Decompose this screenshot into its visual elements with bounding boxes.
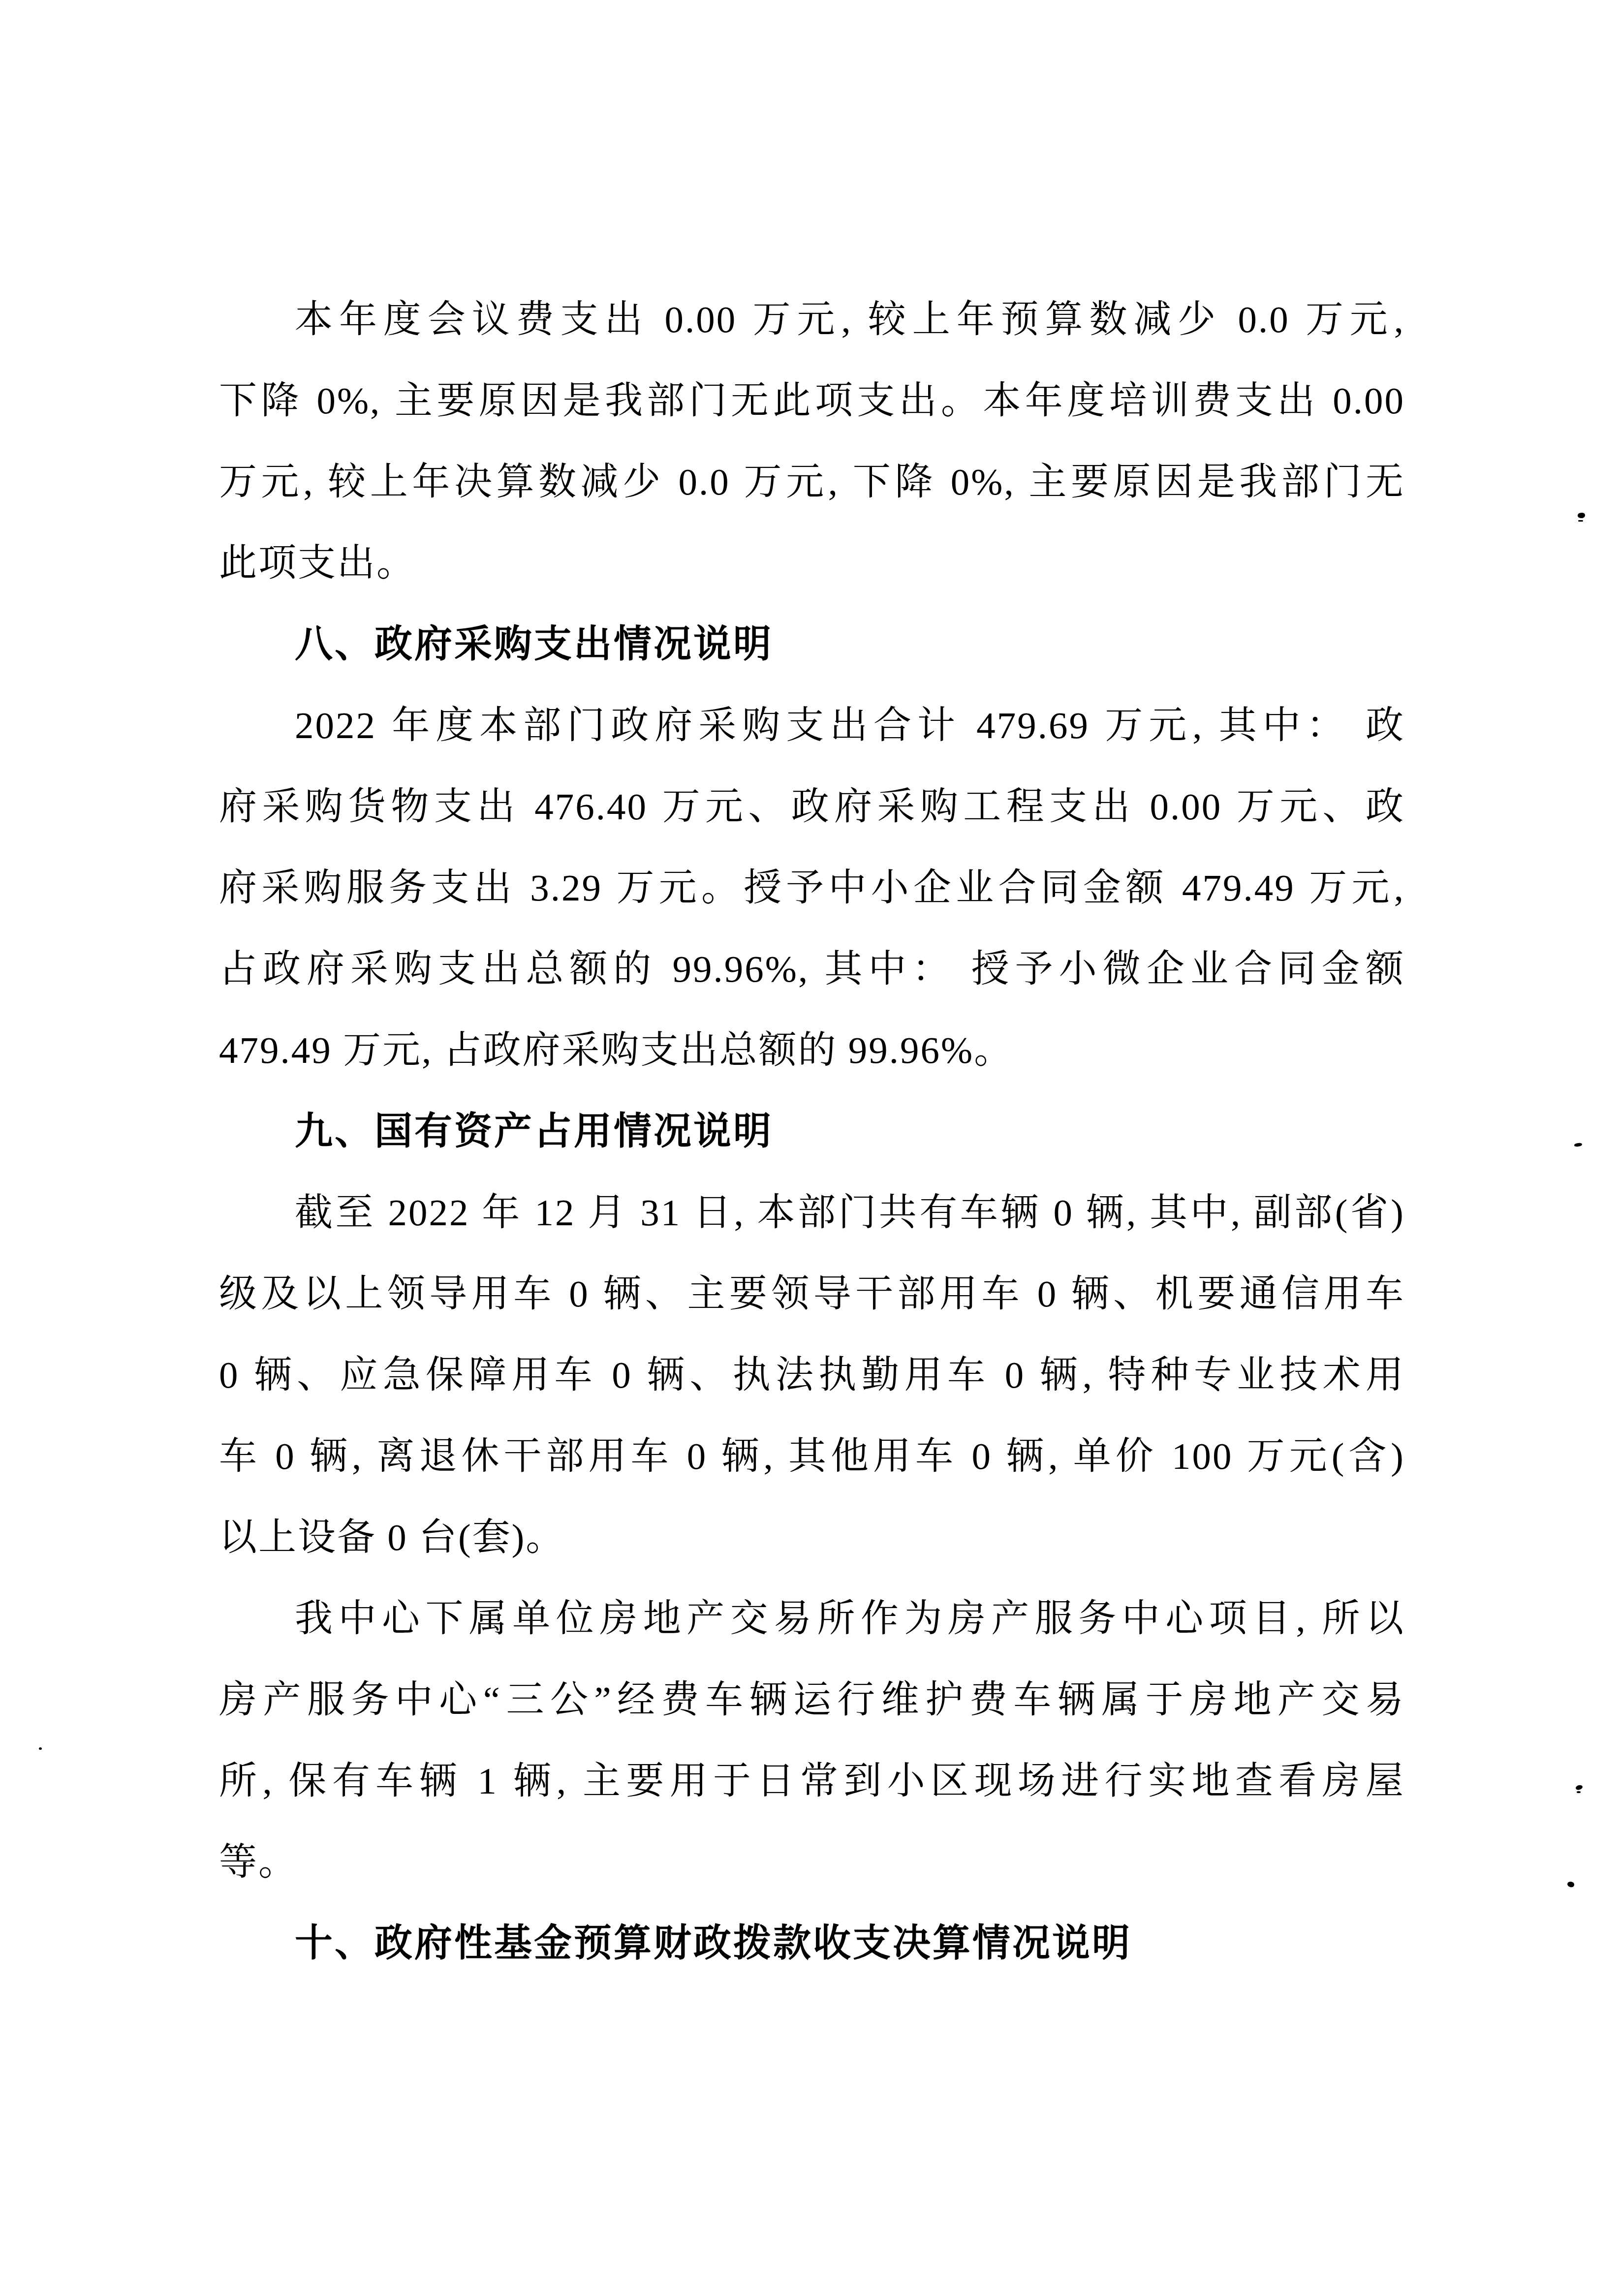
text-line: 2022 年度本部门政府采购支出合计 479.69 万元, 其中： 政 (219, 685, 1405, 766)
ink-speck (1567, 1881, 1575, 1888)
text-line: 房产服务中心“三公”经费车辆运行维护费车辆属于房地产交易 (219, 1659, 1405, 1740)
text-line: 占政府采购支出总额的 99.96%, 其中： 授予小微企业合同金额 (219, 929, 1405, 1010)
section-heading-8: 八、政府采购支出情况说明 (219, 604, 1405, 685)
text-line: 车 0 辆, 离退休干部用车 0 辆, 其他用车 0 辆, 单价 100 万元(… (219, 1416, 1405, 1497)
document-text: 本年度会议费支出 0.00 万元, 较上年预算数减少 0.0 万元, 下降 0%… (219, 279, 1405, 1984)
text-line: 我中心下属单位房地产交易所作为房产服务中心项目, 所以 (219, 1578, 1405, 1659)
text-line: 下降 0%, 主要原因是我部门无此项支出。本年度培训费支出 0.00 (219, 360, 1405, 441)
text-line: 479.49 万元, 占政府采购支出总额的 99.96%。 (219, 1010, 1405, 1091)
ink-speck (1578, 520, 1583, 522)
text-line: 府采购服务支出 3.29 万元。授予中小企业合同金额 479.49 万元, (219, 847, 1405, 929)
section-heading-10: 十、政府性基金预算财政拨款收支决算情况说明 (219, 1903, 1405, 1984)
text-line: 所, 保有车辆 1 辆, 主要用于日常到小区现场进行实地查看房屋 (219, 1740, 1405, 1822)
document-page: 本年度会议费支出 0.00 万元, 较上年预算数减少 0.0 万元, 下降 0%… (0, 0, 1619, 2296)
text-line: 级及以上领导用车 0 辆、主要领导干部用车 0 辆、机要通信用车 (219, 1253, 1405, 1334)
text-line: 府采购货物支出 476.40 万元、政府采购工程支出 0.00 万元、政 (219, 766, 1405, 847)
text-line: 此项支出。 (219, 523, 1405, 604)
text-line: 等。 (219, 1822, 1405, 1903)
text-line: 本年度会议费支出 0.00 万元, 较上年预算数减少 0.0 万元, (219, 279, 1405, 360)
ink-speck (1574, 1143, 1583, 1147)
ink-speck (1578, 513, 1585, 518)
text-line: 以上设备 0 台(套)。 (219, 1497, 1405, 1578)
ink-speck (1577, 1791, 1581, 1793)
text-line: 万元, 较上年决算数减少 0.0 万元, 下降 0%, 主要原因是我部门无 (219, 441, 1405, 523)
ink-speck (1575, 1785, 1583, 1791)
section-heading-9: 九、国有资产占用情况说明 (219, 1091, 1405, 1172)
text-line: 0 辆、应急保障用车 0 辆、执法执勤用车 0 辆, 特种专业技术用 (219, 1334, 1405, 1416)
ink-speck (39, 1747, 42, 1750)
text-line: 截至 2022 年 12 月 31 日, 本部门共有车辆 0 辆, 其中, 副部… (219, 1172, 1405, 1253)
